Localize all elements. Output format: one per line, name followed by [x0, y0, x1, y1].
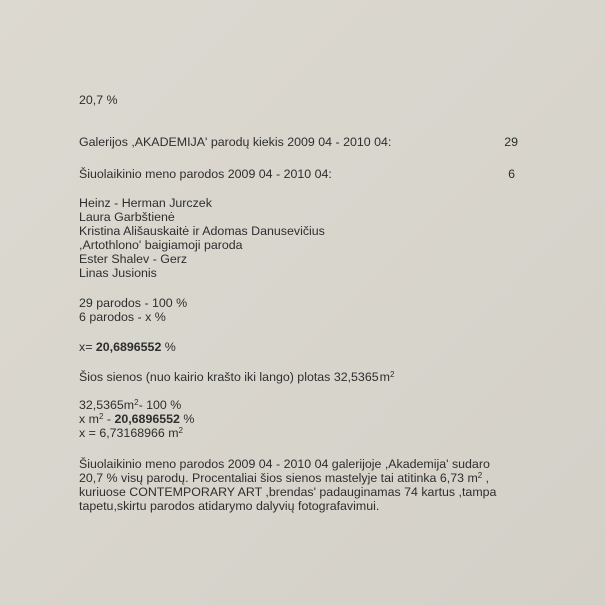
proportion-line-2: 6 parodos - x % [79, 310, 187, 324]
proportion-result: x= 20,6896552 % [79, 340, 176, 354]
gallery-count-row: Galerijos ,AKADEMIJA' parodų kiekis 2009… [79, 135, 519, 149]
proportion-block: 29 parodos - 100 % 6 parodos - x % [79, 296, 187, 324]
header-percent: 20,7 % [79, 93, 118, 107]
proportion-line-1: 29 parodos - 100 % [79, 296, 187, 310]
exhibition-item: ,Artothlono' baigiamoji paroda [79, 238, 325, 252]
contemporary-count-label: Šiuolaikinio meno parodos 2009 04 - 2010… [79, 167, 332, 181]
conclusion-paragraph: Šiuolaikinio meno parodos 2009 04 - 2010… [79, 457, 496, 513]
exhibition-item: Laura Garbštienė [79, 210, 325, 224]
exhibition-item: Linas Jusionis [79, 266, 325, 280]
wall-area-text: Šios sienos (nuo kairio krašto iki lango… [79, 370, 394, 384]
area-line-2: x m2 - 20,6896552 % [79, 412, 194, 426]
area-line-3: x = 6,73168966 m2 [79, 426, 194, 440]
contemporary-count-row: Šiuolaikinio meno parodos 2009 04 - 2010… [79, 167, 519, 181]
exhibition-item: Ester Shalev - Gerz [79, 252, 325, 266]
contemporary-count-value: 6 [508, 167, 515, 181]
exhibition-item: Heinz - Herman Jurczek [79, 196, 325, 210]
exhibition-list: Heinz - Herman Jurczek Laura Garbštienė … [79, 196, 325, 280]
gallery-count-label: Galerijos ,AKADEMIJA' parodų kiekis 2009… [79, 135, 391, 149]
area-calculation: 32,5365m2- 100 % x m2 - 20,6896552 % x =… [79, 398, 194, 440]
area-line-1: 32,5365m2- 100 % [79, 398, 194, 412]
result-value: 20,6896552 [96, 340, 161, 354]
gallery-count-value: 29 [504, 135, 518, 149]
exhibition-item: Kristina Ališauskaitė ir Adomas Danusevi… [79, 224, 325, 238]
